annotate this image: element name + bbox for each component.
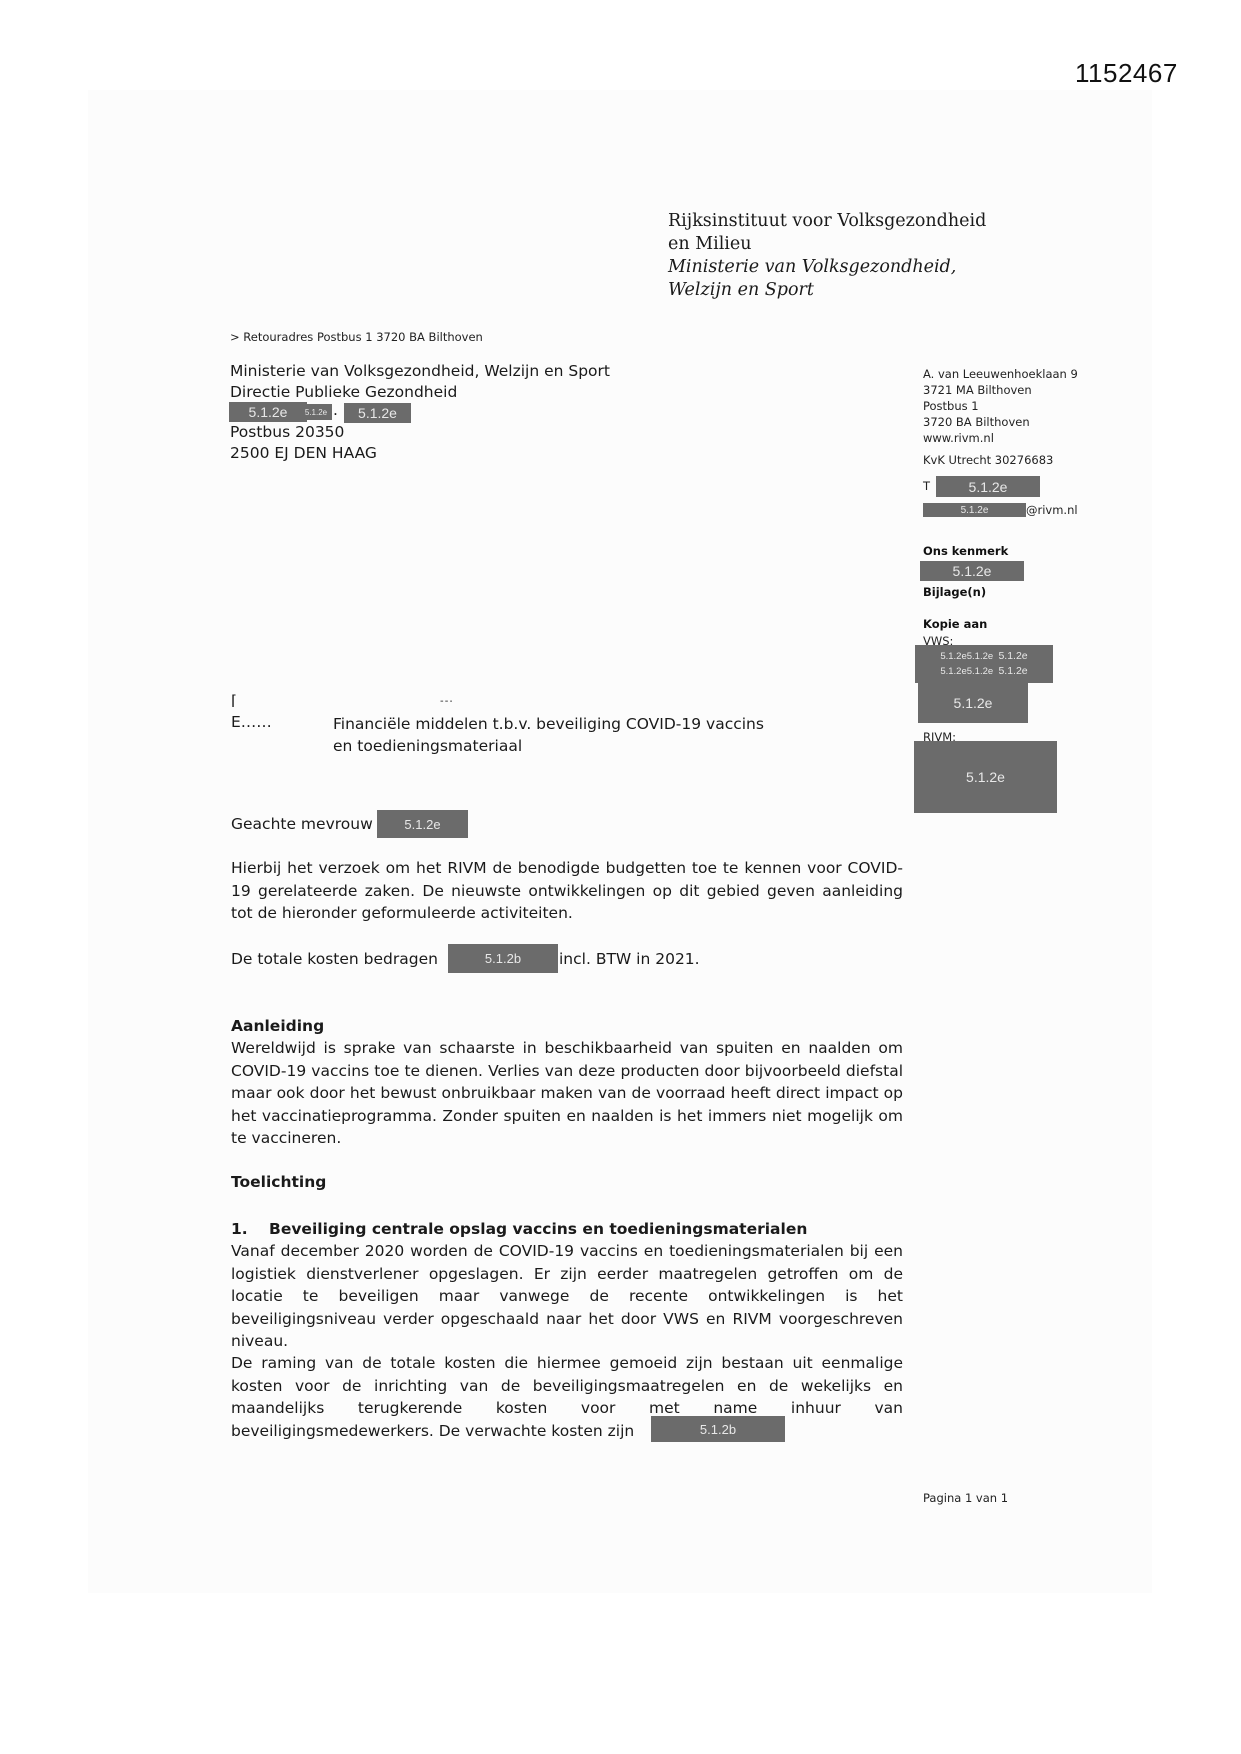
recipient-separator: . xyxy=(333,399,338,422)
betreft-label-fragment: E…… xyxy=(231,714,272,727)
redaction-text: 5.1.2e xyxy=(998,650,1027,662)
redaction-box: 5.1.2e xyxy=(920,561,1024,581)
redaction-box: 5.1.2e xyxy=(918,683,1028,723)
sender-postbus-zip: 3720 BA Bilthoven xyxy=(923,414,1078,430)
sender-address: A. van Leeuwenhoeklaan 9 3721 MA Bilthov… xyxy=(923,366,1078,468)
document-number: 1152467 xyxy=(1075,58,1178,89)
total-costs-suffix: incl. BTW in 2021. xyxy=(559,948,700,971)
toelichting-heading: Toelichting xyxy=(231,1171,326,1194)
item1-heading: Beveiliging centrale opslag vaccins en t… xyxy=(269,1218,807,1241)
bijlagen-label: Bijlage(n) xyxy=(923,585,986,599)
redaction-box: 5.1.2b xyxy=(448,944,558,973)
datum-value-fragment: - - - xyxy=(440,697,452,705)
betreft-value: Financiële middelen t.b.v. beveiliging C… xyxy=(333,713,764,757)
redaction-box: 5.1.2e xyxy=(936,476,1040,497)
item1-paragraph2: De raming van de totale kosten die hierm… xyxy=(231,1352,903,1442)
redaction-text: 5.1.2e xyxy=(967,651,993,662)
redaction-text: 5.1.2e xyxy=(940,651,966,662)
redaction-box: 5.1.2e xyxy=(344,403,411,423)
letterhead-line3: Ministerie van Volksgezondheid, xyxy=(668,256,986,279)
kopie-aan-label: Kopie aan xyxy=(923,617,987,631)
sender-website[interactable]: www.rivm.nl xyxy=(923,430,1078,446)
ons-kenmerk-label: Ons kenmerk xyxy=(923,544,1008,558)
sender-postbus: Postbus 1 xyxy=(923,398,1078,414)
letterhead-line1: Rijksinstituut voor Volksgezondheid xyxy=(668,210,986,233)
redaction-text: 5.1.2e xyxy=(967,666,993,677)
redaction-box: 5.1.2e xyxy=(229,402,307,422)
return-address: > Retouradres Postbus 1 3720 BA Bilthove… xyxy=(230,329,483,345)
datum-label-fragment: [ xyxy=(231,693,237,707)
intro-paragraph: Hierbij het verzoek om het RIVM de benod… xyxy=(231,857,903,925)
redaction-box: 5.1.2e xyxy=(377,810,468,838)
page-number: Pagina 1 van 1 xyxy=(923,1491,1008,1505)
recipient-line1: Ministerie van Volksgezondheid, Welzijn … xyxy=(230,361,610,382)
aanleiding-heading: Aanleiding xyxy=(231,1015,324,1038)
salutation: Geachte mevrouw xyxy=(231,813,373,836)
redaction-text: 5.1.2e xyxy=(940,666,966,677)
sender-street: A. van Leeuwenhoeklaan 9 xyxy=(923,366,1078,382)
aanleiding-text: Wereldwijd is sprake van schaarste in be… xyxy=(231,1037,903,1150)
letterhead: Rijksinstituut voor Volksgezondheid en M… xyxy=(668,210,986,302)
total-costs-prefix: De totale kosten bedragen xyxy=(231,948,438,971)
item1-paragraph2-text: De raming van de totale kosten die hierm… xyxy=(231,1354,903,1440)
phone-label: T xyxy=(923,479,930,493)
betreft-line2: en toedieningsmateriaal xyxy=(333,735,764,757)
redaction-box-vws: 5.1.2e5.1.2e 5.1.2e 5.1.2e5.1.2e 5.1.2e xyxy=(915,645,1053,683)
sender-zip-city: 3721 MA Bilthoven xyxy=(923,382,1078,398)
recipient-line4: Postbus 20350 xyxy=(230,422,610,443)
redaction-box: 5.1.2e xyxy=(914,741,1057,813)
item1-paragraph1: Vanaf december 2020 worden de COVID-19 v… xyxy=(231,1240,903,1353)
letterhead-line2: en Milieu xyxy=(668,233,986,256)
redaction-text: 5.1.2e xyxy=(998,665,1027,677)
email-suffix[interactable]: @rivm.nl xyxy=(1026,503,1078,517)
sender-kvk: KvK Utrecht 30276683 xyxy=(923,452,1078,468)
item1-number: 1. xyxy=(231,1218,248,1241)
letterhead-line4: Welzijn en Sport xyxy=(668,279,986,302)
betreft-line1: Financiële middelen t.b.v. beveiliging C… xyxy=(333,713,764,735)
recipient-line2: Directie Publieke Gezondheid xyxy=(230,382,610,403)
recipient-line5: 2500 EJ DEN HAAG xyxy=(230,443,610,464)
redaction-box: 5.1.2e xyxy=(923,503,1026,517)
redaction-box: 5.1.2e xyxy=(300,404,332,420)
redaction-box: 5.1.2b xyxy=(651,1416,785,1442)
